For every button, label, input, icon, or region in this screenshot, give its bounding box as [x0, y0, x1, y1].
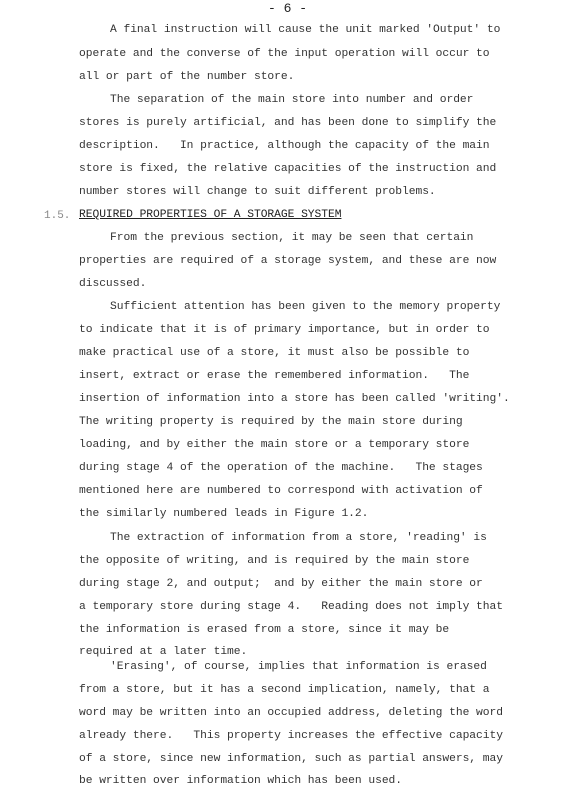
text-line: From the previous section, it may be see… — [110, 232, 473, 244]
text-line: The writing property is required by the … — [79, 416, 463, 428]
text-line: the opposite of writing, and is required… — [79, 555, 469, 567]
text-line: word may be written into an occupied add… — [79, 707, 503, 719]
text-line: number stores will change to suit differ… — [79, 186, 436, 198]
text-line: The extraction of information from a sto… — [110, 532, 487, 544]
text-line: description. In practice, although the c… — [79, 140, 489, 152]
text-line: be written over information which has be… — [79, 775, 402, 787]
text-line: make practical use of a store, it must a… — [79, 347, 469, 359]
text-line: The separation of the main store into nu… — [110, 94, 473, 106]
text-line: store is fixed, the relative capacities … — [79, 163, 496, 175]
text-line: a temporary store during stage 4. Readin… — [79, 601, 503, 613]
text-line: the similarly numbered leads in Figure 1… — [79, 508, 368, 520]
text-line: to indicate that it is of primary import… — [79, 324, 489, 336]
text-line: stores is purely artificial, and has bee… — [79, 117, 496, 129]
text-line: 'Erasing', of course, implies that infor… — [110, 661, 487, 673]
text-line: of a store, since new information, such … — [79, 753, 503, 765]
text-line: from a store, but it has a second implic… — [79, 684, 489, 696]
section-heading: REQUIRED PROPERTIES OF A STORAGE SYSTEM — [79, 209, 341, 221]
text-line: required at a later time. — [79, 646, 247, 658]
text-line: operate and the converse of the input op… — [79, 48, 489, 60]
page-number: - 6 - — [0, 1, 575, 16]
text-line: mentioned here are numbered to correspon… — [79, 485, 483, 497]
text-line: Sufficient attention has been given to t… — [110, 301, 500, 313]
text-line: properties are required of a storage sys… — [79, 255, 496, 267]
text-line: all or part of the number store. — [79, 71, 294, 83]
text-line: loading, and by either the main store or… — [79, 439, 469, 451]
text-line: insert, extract or erase the remembered … — [79, 370, 469, 382]
section-number: 1.5. — [44, 210, 70, 222]
text-line: during stage 4 of the operation of the m… — [79, 462, 483, 474]
text-line: the information is erased from a store, … — [79, 624, 449, 636]
text-line: already there. This property increases t… — [79, 730, 503, 742]
text-line: during stage 2, and output; and by eithe… — [79, 578, 483, 590]
text-line: discussed. — [79, 278, 146, 290]
text-line: A final instruction will cause the unit … — [110, 24, 500, 36]
text-line: insertion of information into a store ha… — [79, 393, 510, 405]
